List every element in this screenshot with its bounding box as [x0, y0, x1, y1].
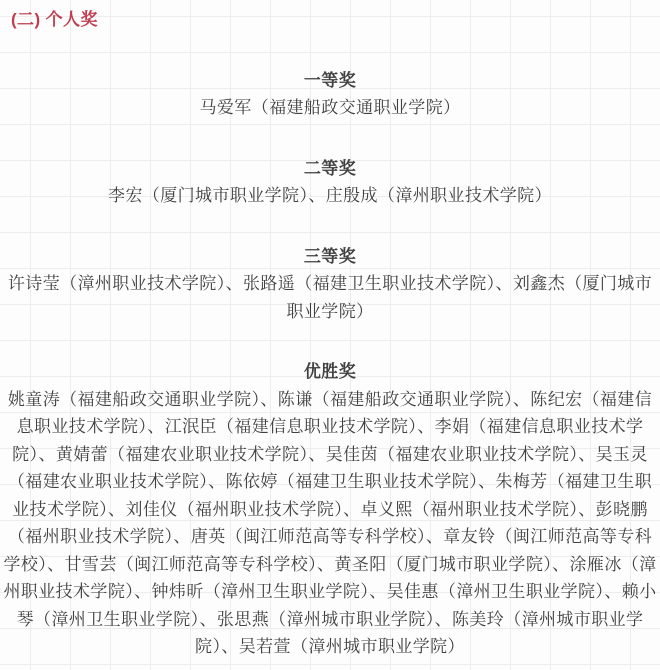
awards-document: (二) 个人奖 一等奖 马爱军（福建船政交通职业学院） 二等奖 李宏（厦门城市职…	[0, 0, 660, 661]
award-winners-first-prize: 马爱军（福建船政交通职业学院）	[2, 94, 658, 122]
award-heading-second-prize: 二等奖	[2, 155, 658, 183]
award-winners-second-prize: 李宏（厦门城市职业学院）、庄殷成（漳州职业技术学院）	[2, 182, 658, 210]
award-section-third-prize: 三等奖 许诗莹（漳州职业技术学院）、张路遥（福建卫生职业技术学院）、刘鑫杰（厦门…	[2, 243, 658, 326]
award-heading-merit-prize: 优胜奖	[2, 358, 658, 386]
award-section-second-prize: 二等奖 李宏（厦门城市职业学院）、庄殷成（漳州职业技术学院）	[2, 155, 658, 210]
award-section-first-prize: 一等奖 马爱军（福建船政交通职业学院）	[2, 67, 658, 122]
award-winners-merit-prize: 姚童涛（福建船政交通职业学院）、陈谦（福建船政交通职业学院）、陈纪宏（福建信息职…	[2, 386, 658, 661]
award-heading-third-prize: 三等奖	[2, 243, 658, 271]
award-heading-first-prize: 一等奖	[2, 67, 658, 95]
award-winners-third-prize: 许诗莹（漳州职业技术学院）、张路遥（福建卫生职业技术学院）、刘鑫杰（厦门城市职业…	[2, 270, 658, 325]
document-section-title: (二) 个人奖	[2, 6, 658, 34]
award-section-merit-prize: 优胜奖 姚童涛（福建船政交通职业学院）、陈谦（福建船政交通职业学院）、陈纪宏（福…	[2, 358, 658, 661]
